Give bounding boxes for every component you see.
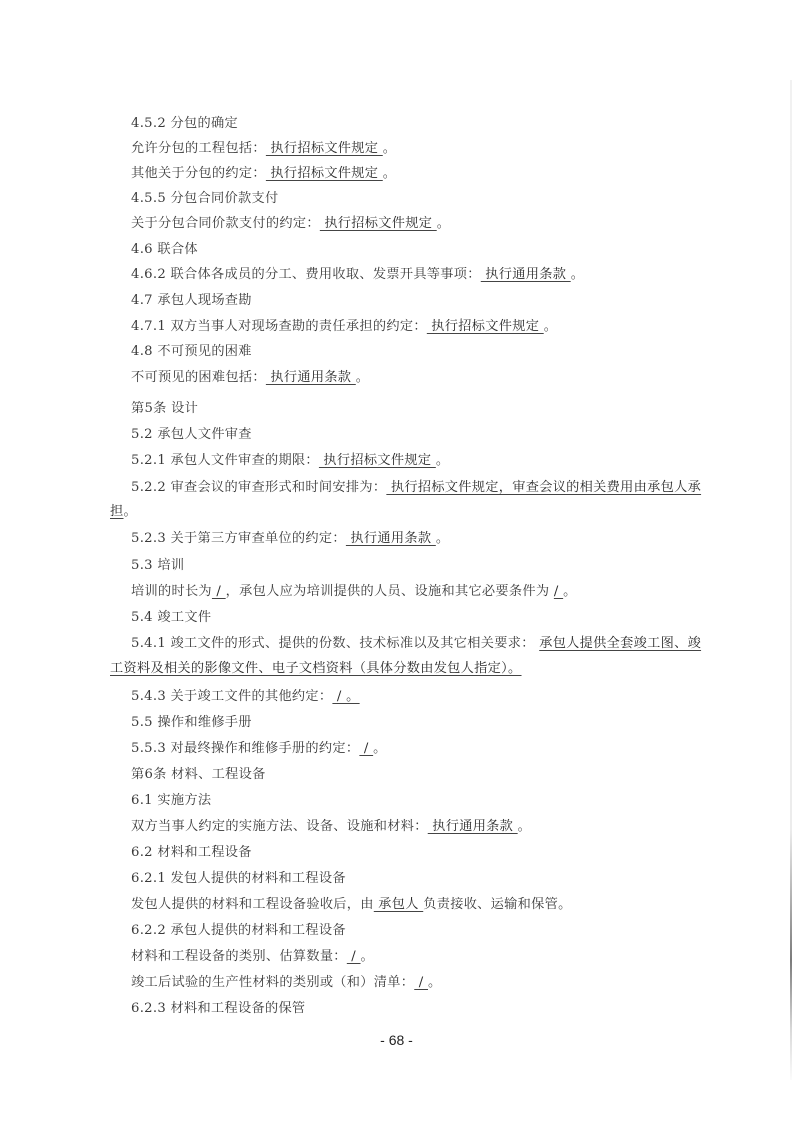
clause-line: 4.6.2 联合体各成员的分工、费用收取、发票开具等事项： 执行通用条款 。 [131,266,584,284]
filled-value: 执行通用条款 [428,819,518,834]
filled-value: / [347,949,361,964]
line-text: 。 [436,453,450,468]
line-text: 不可预见的困难包括： [131,370,266,385]
heading-6-1: 6.1 实施方法 [131,792,211,810]
line-text: 材料和工程设备的类别、估算数量： [131,949,347,964]
filled-value: / [359,741,373,756]
scan-edge-artifact [790,80,792,1080]
document-page: 4.5.2 分包的确定 允许分包的工程包括： 执行招标文件规定 。 其他关于分包… [0,0,793,1122]
line-text: 。 [383,166,397,181]
line-text: 双方当事人约定的实施方法、设备、设施和材料： [131,819,428,834]
clause-line: 其他关于分包的约定： 执行招标文件规定 。 [131,165,396,183]
line-text: 。 [373,741,387,756]
heading-4-8: 4.8 不可预见的困难 [131,343,252,361]
filled-value: / [554,584,563,599]
line-text: 4.7.1 双方当事人对现场查勘的责任承担的约定： [131,319,427,334]
heading-6-2-2: 6.2.2 承包人提供的材料和工程设备 [131,922,346,940]
filled-value: / 。 [332,689,359,704]
clause-line: 关于分包合同价款支付的约定： 执行招标文件规定 。 [131,215,450,233]
clause-line: 5.5.3 对最终操作和维修手册的约定： / 。 [131,740,387,758]
line-text: 5.3 培训 [131,558,184,573]
line-text: 6.2.1 发包人提供的材料和工程设备 [131,871,346,886]
line-text: 6.1 实施方法 [131,793,211,808]
line-text: 。 [436,531,450,546]
clause-line-continuation: 担。 [110,503,137,521]
page-number: - 68 - [0,1032,793,1048]
filled-value: / [414,975,428,990]
filled-value: 执行招标文件规定 [266,141,383,156]
heading-6-2-1: 6.2.1 发包人提供的材料和工程设备 [131,870,346,888]
filled-value: 执行招标文件规定 [266,166,383,181]
filled-value: 执行招标文件规定 [319,453,436,468]
line-text: 4.7 承包人现场查勘 [131,293,252,308]
line-text: 5.4.1 竣工文件的形式、提供的份数、技术标准以及其它相关要求： [131,636,539,651]
line-text: 第5条 设计 [131,401,198,416]
heading-article-5: 第5条 设计 [131,400,198,418]
filled-value: 执行招标文件规定，审查会议的相关费用由承包人承 [386,480,701,495]
clause-line: 双方当事人约定的实施方法、设备、设施和材料： 执行通用条款 。 [131,818,531,836]
filled-value: 承包人 [374,897,423,912]
clause-line: 不可预见的困难包括： 执行通用条款 。 [131,369,369,387]
line-text: 其他关于分包的约定： [131,166,266,181]
line-text: 发包人提供的材料和工程设备验收后，由 [131,897,374,912]
heading-4-7: 4.7 承包人现场查勘 [131,292,252,310]
line-text: 。 [544,319,558,334]
line-text: 4.6 联合体 [131,242,198,257]
line-text: 。 [124,504,138,519]
clause-line: 5.4.3 关于竣工文件的其他约定： / 。 [131,688,360,706]
line-text: 5.5 操作和维修手册 [131,715,252,730]
filled-value: 承包人提供全套竣工图、竣 [539,636,701,651]
line-text: 4.5.5 分包合同价款支付 [131,191,278,206]
clause-line-continuation: 工资料及相关的影像文件、电子文档资料（具体分数由发包人指定）。 [110,660,522,678]
line-text: 6.2.3 材料和工程设备的保管 [131,1001,305,1016]
line-text: 竣工后试验的生产性材料的类别或（和）清单： [131,975,414,990]
heading-4-5-2: 4.5.2 分包的确定 [131,115,238,133]
line-text: 5.4.3 关于竣工文件的其他约定： [131,689,332,704]
filled-value: 执行招标文件规定 [427,319,544,334]
filled-value: 工资料及相关的影像文件、电子文档资料（具体分数由发包人指定）。 [110,661,522,676]
filled-value: 执行通用条款 [481,267,571,282]
line-text: 。 [383,141,397,156]
line-text: 。 [437,216,451,231]
line-text: 4.8 不可预见的困难 [131,344,252,359]
line-text: 5.5.3 对最终操作和维修手册的约定： [131,741,359,756]
filled-value: 执行通用条款 [266,370,356,385]
heading-5-2: 5.2 承包人文件审查 [131,426,252,444]
heading-5-4: 5.4 竣工文件 [131,609,211,627]
clause-line: 培训的时长为 / ，承包人应为培训提供的人员、设施和其它必要条件为 / 。 [131,583,577,601]
line-text: 。 [563,584,577,599]
clause-line: 5.4.1 竣工文件的形式、提供的份数、技术标准以及其它相关要求： 承包人提供全… [131,635,701,653]
filled-value: / [212,584,226,599]
line-text: 。 [356,370,370,385]
line-text: 第6条 材料、工程设备 [131,767,266,782]
heading-6-2-3: 6.2.3 材料和工程设备的保管 [131,1000,305,1018]
heading-4-6: 4.6 联合体 [131,241,198,259]
line-text: 。 [518,819,532,834]
line-text: 负责接收、运输和保管。 [423,897,571,912]
line-text: 5.2.1 承包人文件审查的期限： [131,453,319,468]
line-text: 5.2.3 关于第三方审查单位的约定： [131,531,346,546]
line-text: 培训的时长为 [131,584,212,599]
line-text: 。 [361,949,375,964]
line-text: ，承包人应为培训提供的人员、设施和其它必要条件为 [226,584,554,599]
heading-5-5: 5.5 操作和维修手册 [131,714,252,732]
line-text: 。 [428,975,442,990]
line-text: 5.2 承包人文件审查 [131,427,252,442]
line-text: 5.4 竣工文件 [131,610,211,625]
line-text: 6.2.2 承包人提供的材料和工程设备 [131,923,346,938]
clause-line: 5.2.2 审查会议的审查形式和时间安排为： 执行招标文件规定，审查会议的相关费… [131,479,701,497]
clause-line: 竣工后试验的生产性材料的类别或（和）清单： / 。 [131,974,441,992]
clause-line: 5.2.1 承包人文件审查的期限： 执行招标文件规定 。 [131,452,449,470]
filled-value: 执行通用条款 [346,531,436,546]
heading-6-2: 6.2 材料和工程设备 [131,844,252,862]
line-text: 4.6.2 联合体各成员的分工、费用收取、发票开具等事项： [131,267,481,282]
clause-line: 5.2.3 关于第三方审查单位的约定： 执行通用条款 。 [131,530,449,548]
line-text: 。 [571,267,585,282]
heading-article-6: 第6条 材料、工程设备 [131,766,266,784]
line-text: 6.2 材料和工程设备 [131,845,252,860]
filled-value: 担 [110,504,124,519]
clause-line: 允许分包的工程包括： 执行招标文件规定 。 [131,140,396,158]
clause-line: 材料和工程设备的类别、估算数量： / 。 [131,948,374,966]
line-text: 关于分包合同价款支付的约定： [131,216,320,231]
line-text: 允许分包的工程包括： [131,141,266,156]
clause-line: 发包人提供的材料和工程设备验收后，由 承包人 负责接收、运输和保管。 [131,896,572,914]
heading-4-5-5: 4.5.5 分包合同价款支付 [131,190,278,208]
clause-line: 4.7.1 双方当事人对现场查勘的责任承担的约定： 执行招标文件规定 。 [131,318,557,336]
filled-value: 执行招标文件规定 [320,216,437,231]
line-text: 4.5.2 分包的确定 [131,116,238,131]
line-text: 5.2.2 审查会议的审查形式和时间安排为： [131,480,386,495]
heading-5-3: 5.3 培训 [131,557,184,575]
